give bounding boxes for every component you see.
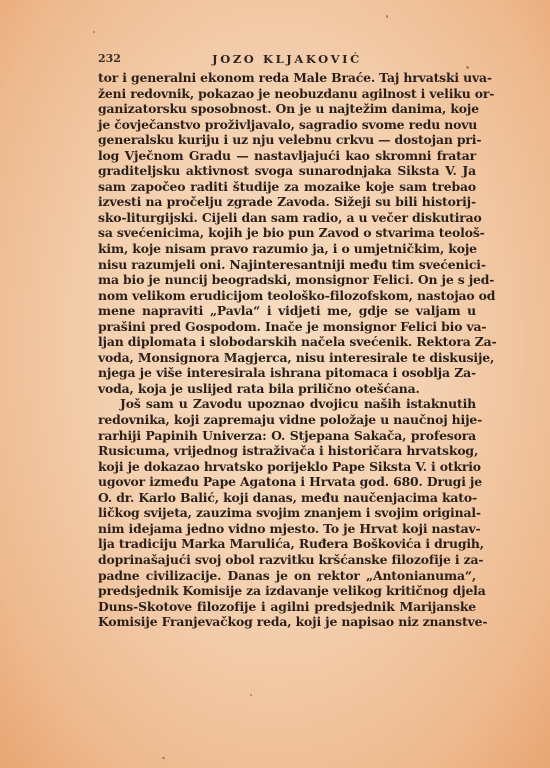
text-line: sko-liturgijski. Cijeli dan sam radio, a…: [98, 210, 476, 226]
text-line: Rusicuma, vrijednog istraživača i histor…: [98, 443, 476, 459]
text-line: sam započeo raditi študije za mozaike ko…: [98, 179, 476, 195]
text-line: redovnika, koji zapremaju vidne položaje…: [98, 412, 476, 428]
text-line: sa svećenicima, kojih je bio pun Zavod o…: [98, 225, 476, 241]
text-line: Još sam u Zavodu upoznao dvojicu naših i…: [98, 396, 476, 412]
paper-speck: [162, 757, 165, 759]
text-line: je čovječanstvo proživljavalo, sagradio …: [98, 117, 476, 133]
text-line: padne civilizacije. Danas je on rektor „…: [98, 568, 476, 584]
page-header: 232 JOZO KLJAKOVIĆ: [98, 52, 476, 68]
text-line: ma bio je nuncij beogradski, monsignor F…: [98, 272, 476, 288]
text-line: rarhiji Papinih Univerza: O. Stjepana Sa…: [98, 428, 476, 444]
body-text: tor i generalni ekonom reda Male Braće. …: [98, 70, 476, 630]
paper-speck: [250, 694, 252, 696]
running-head-author: JOZO KLJAKOVIĆ: [98, 52, 476, 66]
text-line: nim idejama jedno vidno mjesto. To je Hr…: [98, 521, 476, 537]
text-line: lja tradiciju Marka Marulića, Ruđera Boš…: [98, 536, 476, 552]
text-line: O. dr. Karlo Balić, koji danas, među nau…: [98, 490, 476, 506]
text-line: ženi redovnik, pokazao je neobuzdanu agi…: [98, 86, 476, 102]
text-line: nisu razumjeli oni. Najinteresantniji me…: [98, 257, 476, 273]
text-line: njega je više interesirala ishrana pitom…: [98, 365, 476, 381]
text-line: ganizatorsku sposobnost. On je u najteži…: [98, 101, 476, 117]
text-line: mene napraviti „Pavla“ i vidjeti me, gdj…: [98, 303, 476, 319]
text-line: Komisije Franjevačkog reda, koji je napi…: [98, 614, 476, 630]
text-line: voda, koja je uslijed rata bila prilično…: [98, 381, 476, 397]
book-page: 232 JOZO KLJAKOVIĆ tor i generalni ekono…: [0, 0, 550, 768]
text-line: kim, koje nisam pravo razumio ja, i o um…: [98, 241, 476, 257]
text-line: Duns-Skotove filozofije i agilni predsje…: [98, 599, 476, 615]
text-line: koji je dokazao hrvatsko porijeklo Pape …: [98, 459, 476, 475]
text-line: predsjednik Komisije za izdavanje veliko…: [98, 583, 476, 599]
text-line: prašini pred Gospodom. Inače je monsigno…: [98, 319, 476, 335]
paper-speck: [466, 66, 469, 69]
text-line: ugovor između Pape Agatona i Hrvata god.…: [98, 474, 476, 490]
text-line: nom velikom erudicijom teološko-filozofs…: [98, 288, 476, 304]
text-line: izvesti na pročelju zgrade Zavoda. Sižej…: [98, 194, 476, 210]
paper-speck: [386, 15, 388, 18]
text-line: ličkog svijeta, zauzima svojim znanjem i…: [98, 505, 476, 521]
text-line: generalsku kuriju i uz nju velebnu crkvu…: [98, 132, 476, 148]
text-line: doprinašajući svoj obol razvitku kršćans…: [98, 552, 476, 568]
text-line: log Vječnom Gradu — nastavljajući kao sk…: [98, 148, 476, 164]
text-line: graditeljsku aktivnost svoga sunarodnjak…: [98, 163, 476, 179]
paper-speck: [93, 31, 95, 33]
text-line: ljan diplomata i slobodarskih načela sve…: [98, 334, 476, 350]
text-line: tor i generalni ekonom reda Male Braće. …: [98, 70, 476, 86]
text-line: voda, Monsignora Magjerca, nisu interesi…: [98, 350, 476, 366]
